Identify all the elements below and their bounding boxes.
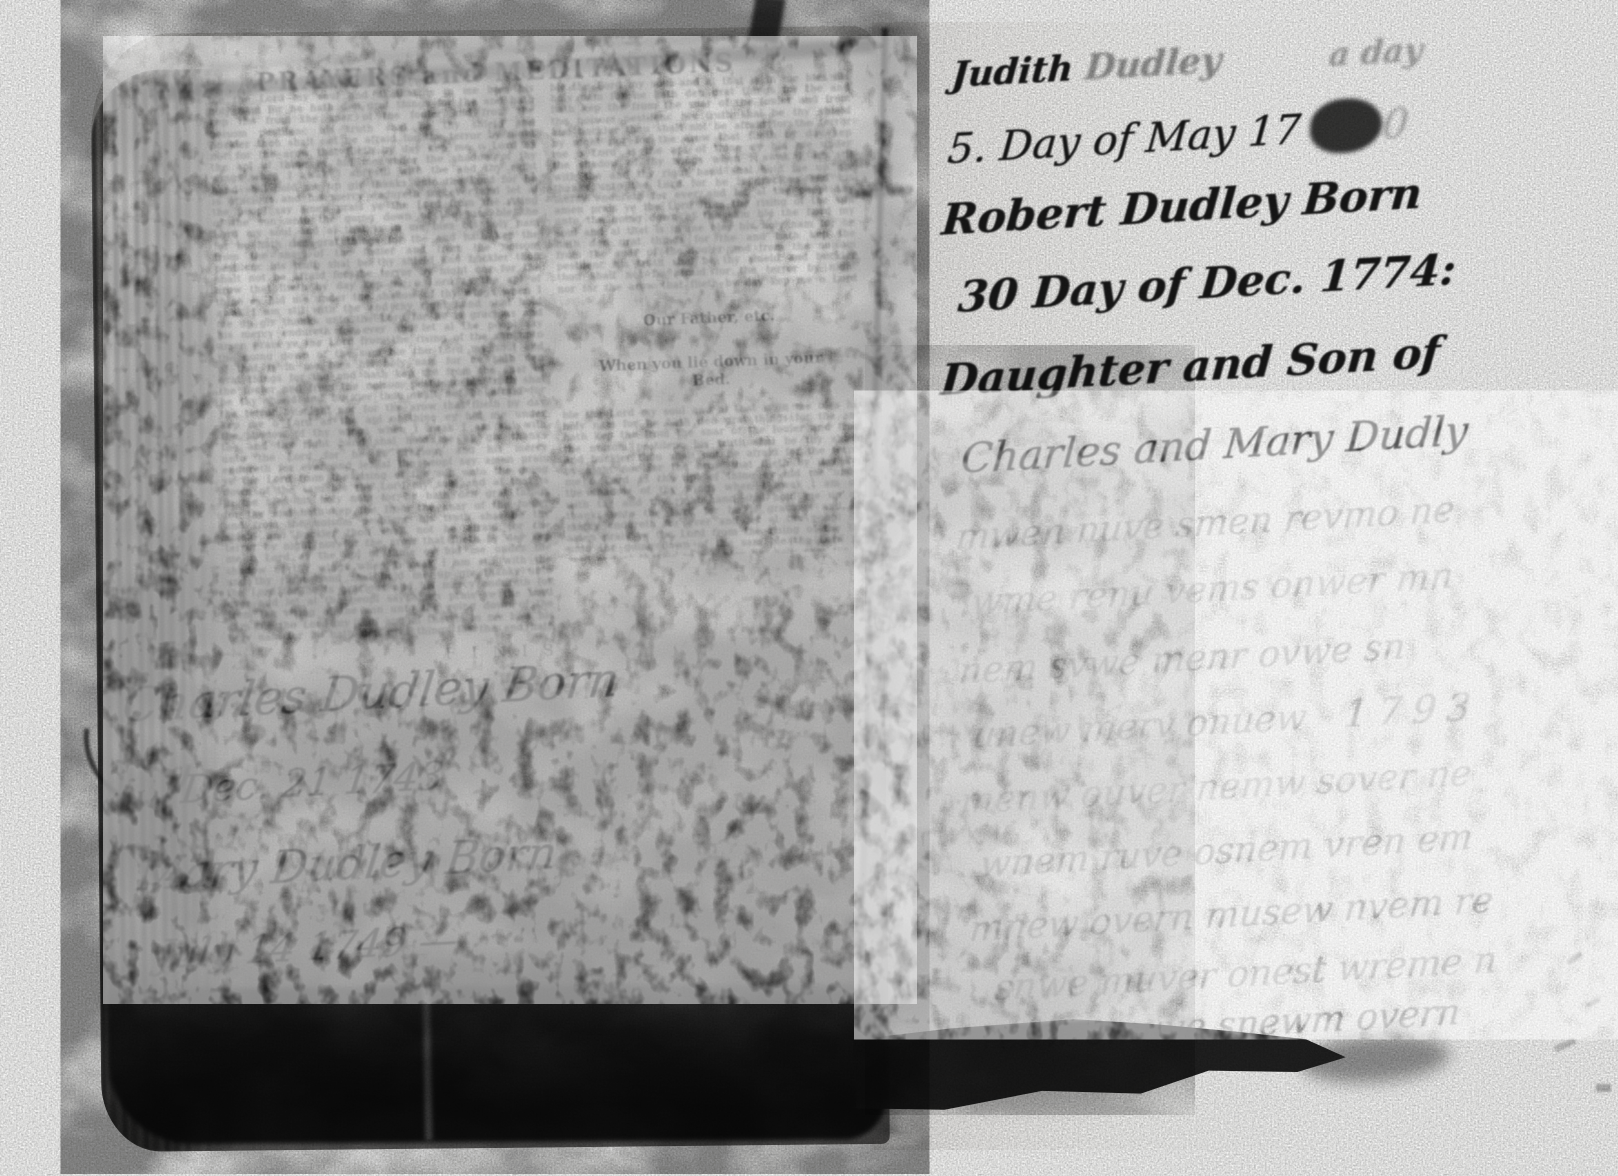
faded-scrawl-line-with-year: unew merv onuew 1793 <box>971 684 1483 757</box>
entry-daughter-and-son: Daughter and Son of <box>939 328 1442 406</box>
faded-scrawl-line: nem svwe menr ovwe sn <box>957 626 1407 692</box>
faded-scrawl-line: wnem ruve osnem vren em <box>978 817 1474 886</box>
faded-scrawl-text: unew merv onuew <box>971 697 1308 757</box>
faded-scrawl-line: mnew overn musew nvem re <box>968 880 1495 951</box>
print-block-upper: ble the Lord my soul and al that is in m… <box>550 71 858 294</box>
heading-lie-down: When you lie down in your Bed. <box>585 348 836 394</box>
binding-stitch-knot <box>844 914 902 934</box>
date-digit-after-blot: 0 <box>1380 99 1410 149</box>
entry-parents-names: Charles and Mary Dudly <box>959 406 1470 483</box>
entry-robert-birth-date: 30 Day of Dec. 1774: <box>956 245 1458 323</box>
entry-charles-birth-date: Dec. 21 1743 <box>178 754 445 813</box>
faded-scrawl-line: mwen nuve smen revmo ne <box>954 489 1456 558</box>
faint-year-1793: 1793 <box>1342 684 1482 736</box>
stray-mark <box>1596 1084 1611 1092</box>
photocopy-scan: PRAYERS and MEDITATIONS ble the Lord my … <box>0 0 1618 1176</box>
print-column-right: ble the Lord my soul and al that is in m… <box>550 71 871 642</box>
heading-our-father: Our Father, etc. <box>559 303 859 333</box>
top-margin-dot <box>741 44 756 54</box>
judith-date-text: 5. Day of May 17 <box>946 105 1303 173</box>
print-block-lower: ble the Lord my soul and al that is in m… <box>562 399 868 560</box>
entry-charles-dudley-born: Charles Dudley Born <box>119 652 622 733</box>
bottom-dark-band-left <box>107 983 886 1144</box>
entry-judith-faint-tail: a day <box>1327 30 1424 73</box>
print-column-left: ble the Lord my soul and al that is in m… <box>208 83 555 643</box>
printed-text-columns: ble the Lord my soul and al that is in m… <box>208 71 885 656</box>
entry-judith-name: Judith <box>950 48 1075 96</box>
faded-scrawl-line: menw ouver nemw sover ne <box>959 753 1474 823</box>
entry-judith-surname-faded: Dudley <box>1083 40 1222 89</box>
right-page-handwriting: Judith Dudley a day 5. Day of May 170 Ro… <box>928 7 1618 1064</box>
faded-scrawl-line: wme renu vems onwer mn <box>969 555 1454 623</box>
entry-mary-dudley-born: Mary Dudley Born <box>134 826 559 901</box>
entry-judith-birth-date: 5. Day of May 170 <box>945 95 1410 175</box>
ink-blot <box>1308 97 1384 155</box>
entry-robert-dudley-born: Robert Dudley Born <box>940 169 1424 246</box>
